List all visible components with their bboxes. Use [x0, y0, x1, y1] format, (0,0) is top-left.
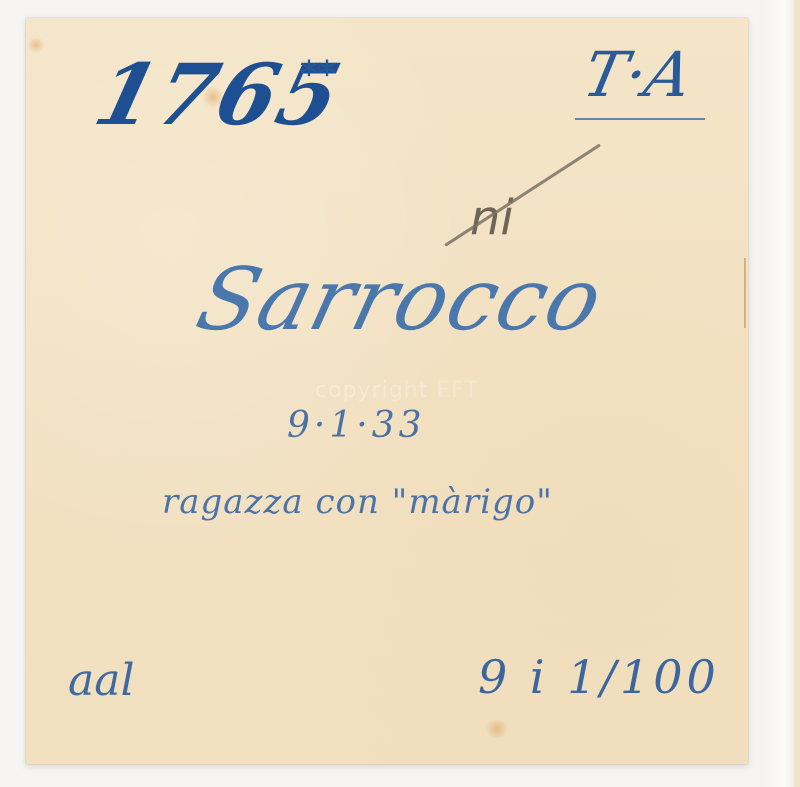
format-code: 9 i 1/100 — [478, 650, 720, 704]
collection-code: T·A — [577, 38, 698, 111]
watermark: copyright EFT — [315, 378, 479, 403]
date: 9·1·33 — [287, 405, 426, 446]
stain-spot — [484, 720, 510, 738]
collection-code-underline — [575, 118, 705, 120]
inventory-marks: ** — [300, 55, 336, 96]
background-sheet-edge — [794, 0, 800, 787]
pencil-annotation: ni — [470, 190, 514, 246]
artwork-title: ragazza con "màrigo" — [162, 482, 553, 522]
stain-spot — [26, 38, 46, 52]
technique-code: aal — [68, 655, 135, 706]
author-name: Sarrocco — [188, 250, 613, 350]
